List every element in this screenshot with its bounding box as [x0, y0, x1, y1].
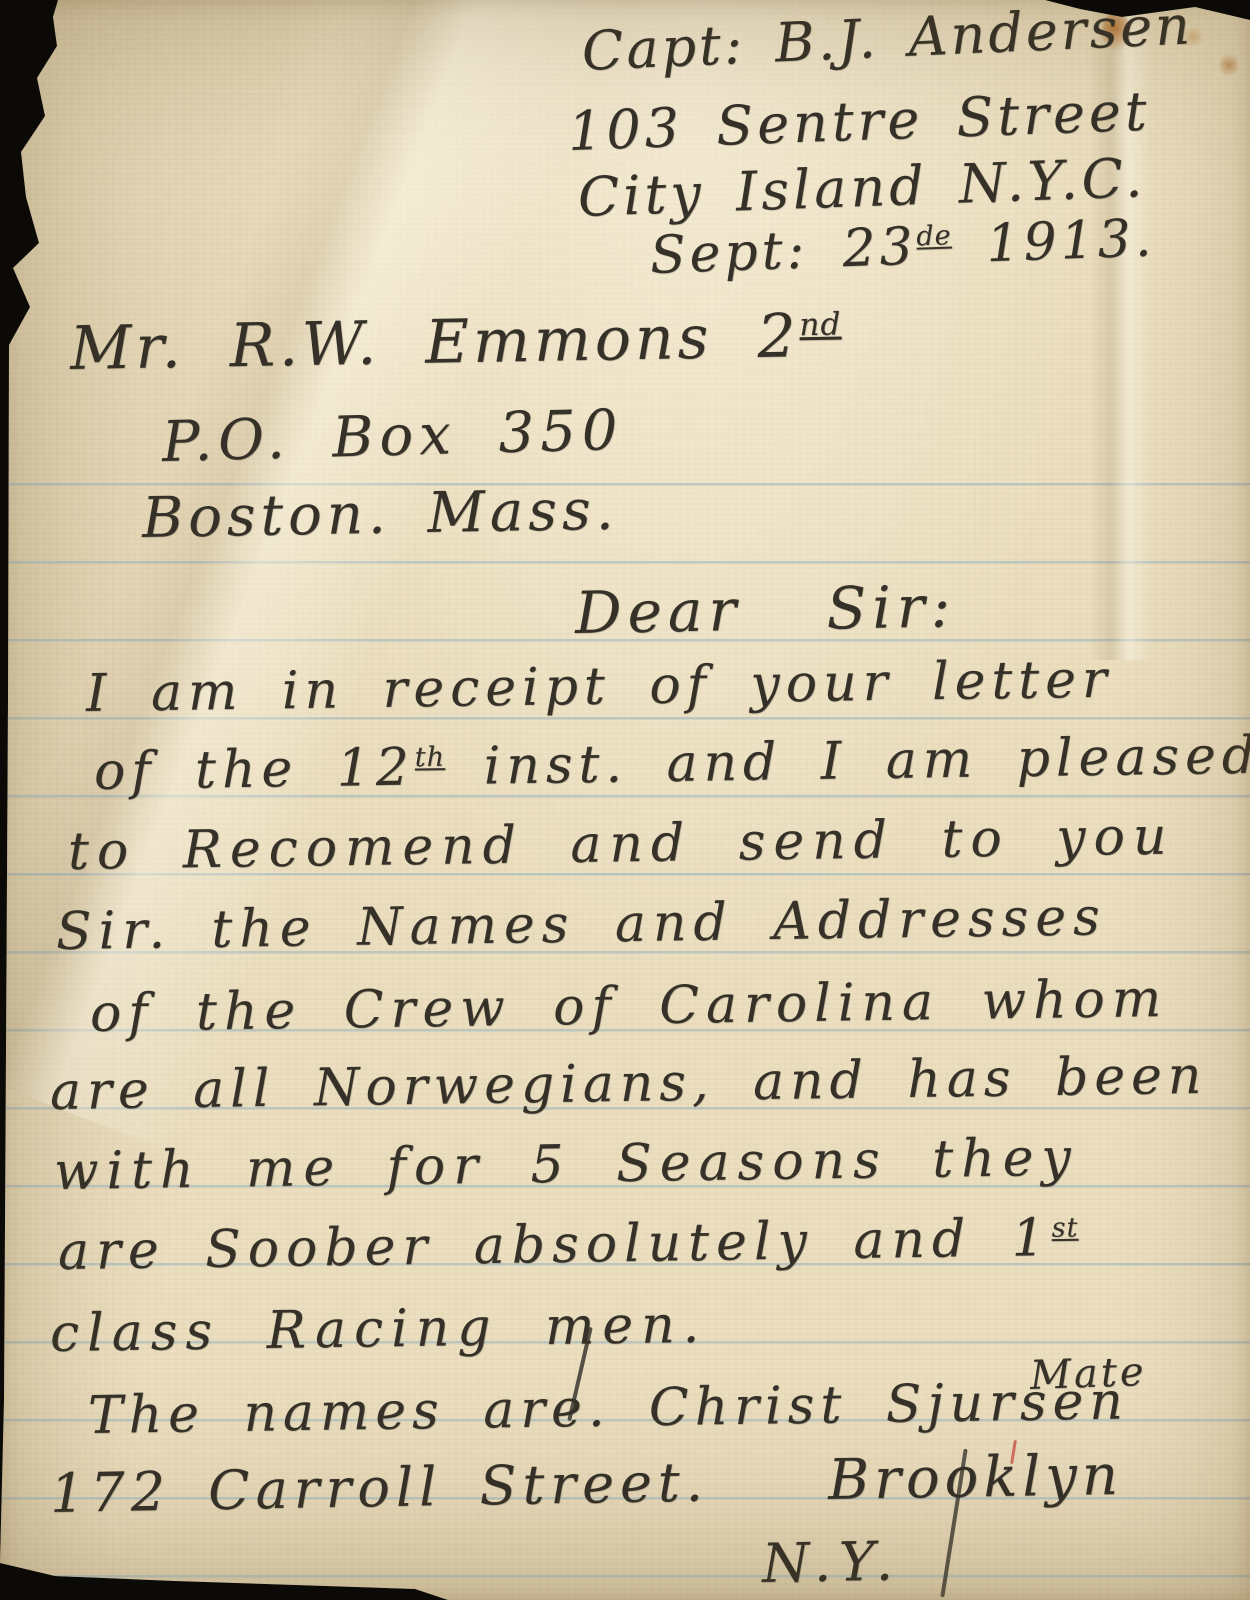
ordinal-superscript: st [1051, 1212, 1078, 1243]
body-line-8: are Soober absolutely and 1st [58, 1210, 1079, 1281]
sender-name-line: Capt: B.J. Andersen [581, 0, 1194, 81]
crew-address-line: 172 Carroll Street. [49, 1453, 709, 1524]
letter-paper: Capt: B.J. Andersen 103 Sentre Street Ci… [0, 0, 1250, 1600]
crew-name-line: The names are. Christ Sjursen [88, 1373, 1130, 1445]
crew-city-line: Brooklyn [827, 1445, 1123, 1512]
recipient-ordinal-superscript: nd [799, 307, 842, 344]
body-line-3: to Recomend and send to you [68, 809, 1175, 882]
rust-stain [1220, 52, 1238, 78]
recipient-name-line: Mr. R.W. Emmons 2nd [69, 303, 842, 382]
date-year: 1913. [951, 208, 1156, 275]
body-line-9: class Racing men. [50, 1297, 708, 1363]
recipient-pobox-line: P.O. Box 350 [161, 400, 624, 474]
date-ordinal-superscript: de [916, 220, 952, 252]
mate-annotation: Mate [1029, 1350, 1147, 1398]
scanned-letter-page: { "page": { "background_color": "#0b0a07… [0, 0, 1250, 1600]
body-line-6: are all Norwegians, and has been [50, 1048, 1208, 1121]
recipient-name: Mr. R.W. Emmons 2 [69, 301, 800, 384]
crew-state-line: N.Y. [761, 1532, 901, 1594]
body-line-1: I am in receipt of your letter [86, 652, 1114, 724]
body-line-4: Sir. the Names and Addresses [56, 889, 1108, 961]
body-line-7: with me for 5 Seasons they [54, 1130, 1080, 1201]
ordinal-superscript: th [415, 742, 446, 773]
date-text: Sept: 23 [649, 217, 918, 286]
body-line-5: of the Crew of Carolina whom [90, 971, 1169, 1043]
body-line-2: of the 12th inst. and I am pleased [94, 728, 1250, 801]
salutation: Dear Sir: [574, 575, 956, 645]
recipient-city-line: Boston. Mass. [141, 480, 619, 550]
